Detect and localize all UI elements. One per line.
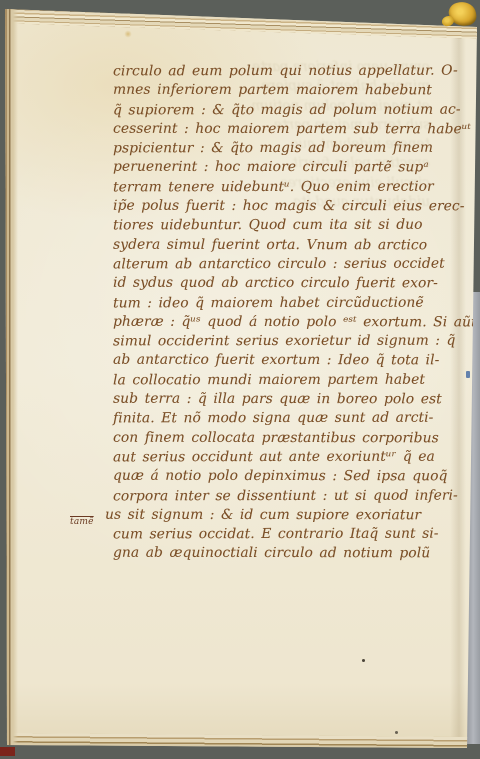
manuscript-line: phæræ : q̃ᵘˢ quod á notio polo ᵉˢᵗ exort… [113,313,447,333]
manuscript-line: la collocatio mundi maiorem partem habet [113,370,447,390]
gilt-bookmark-tab [447,0,477,28]
dust-speck [395,731,398,734]
manuscript-line: q̃ supiorem : & q̃to magis ad polum noti… [113,100,447,120]
manuscript-line: alterum ab antarctico circulo : serius o… [113,255,447,275]
manuscript-line: tiores uidebuntur. Quod cum ita sit si d… [113,216,447,236]
marginal-note: tamẽ [70,517,94,527]
manuscript-line: aut serius occidunt aut ante exoriuntᵘʳ … [113,448,447,468]
dust-speck [362,659,365,662]
manuscript-line: corpora inter se dissentiunt : ut si quo… [113,486,447,506]
manuscript-line: finita. Et nõ modo signa quæ sunt ad arc… [113,409,447,429]
manuscript-line: gna ab æquinoctiali circulo ad notium po… [113,544,447,564]
manuscript-line: mnes inferiorem partem maiorem habebunt [113,81,447,101]
manuscript-line: pspicientur : & q̃to magis ad boreum fin… [113,139,447,159]
manuscript-line: cesserint : hoc maiorem partem sub terra… [113,120,447,140]
manuscript-line: circulo ad eum polum qui notius appellat… [113,62,447,82]
binding-gutter [0,6,18,748]
text-block: circulo ad eum polum qui notius appellat… [113,62,447,564]
manuscript-line: quæ á notio polo depinximus : Sed ipsa q… [113,467,447,487]
page-top-edges [2,8,480,39]
manuscript-line: terram tenere uidebuntᵘ. Quo enim erecti… [113,177,447,197]
manuscript-line: cum serius occidat. E contrario Itaq̃ su… [113,525,447,545]
page-bottom-edges [4,733,480,751]
manuscript-line: ip̃e polus fuerit : hoc magis & circuli … [113,197,447,217]
manuscript-line: id sydus quod ab arctico circulo fuerit … [113,274,447,294]
manuscript-line: sub terra : q̃ illa pars quæ in boreo po… [113,390,447,410]
manuscript-line: sydera simul fuerint orta. Vnum ab arcti… [113,235,447,255]
manuscript-line: us sit signum : & id cum supiore exoriat… [105,506,447,526]
manuscript-line: con finem collocata præstantibus corpori… [113,428,447,448]
red-cover-corner [0,747,15,756]
manuscript-line: simul occiderint serius exorietur id sig… [113,332,447,352]
manuscript-line: tum : ideo q̃ maiorem habet circũduction… [113,293,447,313]
manuscript-line: peruenerint : hoc maiore circuli partẽ s… [113,158,447,178]
blue-ink-mark [466,371,470,378]
manuscript-line: ab antarctico fuerit exortum : Ideo q̃ t… [113,351,447,371]
photo-background: omne uero inferiore parteminore habent q… [0,0,480,759]
manuscript-page: omne uero inferiore parteminore habent q… [0,0,480,759]
